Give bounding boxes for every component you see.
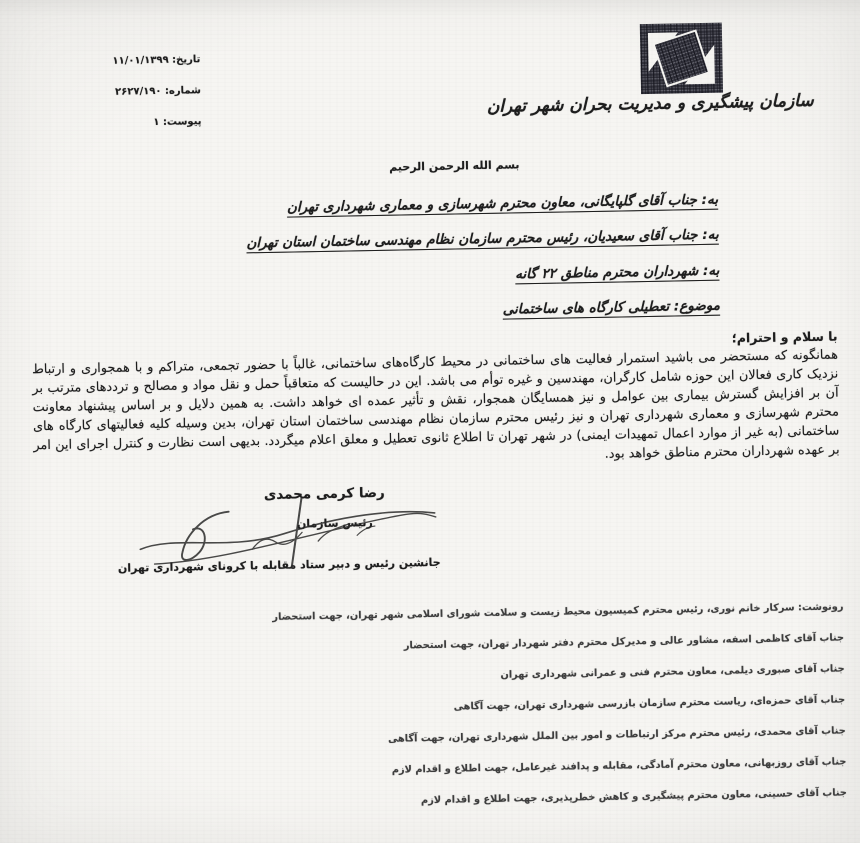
cc-item: جناب آقای حسینی، معاون محترم پیشگیری و ک… [276, 786, 847, 809]
letter-number: شماره: ۲۶۲۷/۱۹۰ [79, 85, 202, 118]
letter-content: تاریخ: ۱۱/۰۱/۱۳۹۹ شماره: ۲۶۲۷/۱۹۰ پیوست:… [0, 0, 860, 843]
org-logo-icon [638, 21, 725, 97]
org-name: سازمان پیشگیری و مدیریت بحران شهر تهران [464, 91, 836, 118]
recipient-line-2: به: جناب آقای سعیدیان، رئیس محترم سازمان… [246, 227, 719, 252]
recipient-line-1: به: جناب آقای گلپایگانی، معاون محترم شهر… [287, 192, 718, 216]
cc-item: جناب آقای صبوری دیلمی، معاون محترم فنی و… [273, 662, 844, 685]
cc-item: جناب آقای روزبهانی، معاون محترم آمادگی، … [275, 755, 846, 778]
letter-date: تاریخ: ۱۱/۰۱/۱۳۹۹ [78, 54, 201, 87]
letterhead-meta: تاریخ: ۱۱/۰۱/۱۳۹۹ شماره: ۲۶۲۷/۱۹۰ پیوست:… [78, 54, 202, 149]
recipient-line-3: به: شهرداران محترم مناطق ۲۲ گانه [515, 263, 719, 283]
subject-line: موضوع: تعطیلی کارگاه های ساختمانی [503, 298, 721, 318]
handwritten-signature-icon [131, 490, 447, 576]
letter-body: با سلام و احترام؛ همانگونه که مستحضر می … [32, 329, 840, 475]
cc-item: جناب آقای حمزه‌ای، ریاست محترم سازمان با… [274, 693, 845, 716]
letter-attachment: پیوست: ۱ [79, 116, 202, 149]
cc-item: جناب آقای محمدی، رئیس محترم مرکز ارتباطا… [275, 724, 846, 747]
scanned-letter-page: تاریخ: ۱۱/۰۱/۱۳۹۹ شماره: ۲۶۲۷/۱۹۰ پیوست:… [0, 0, 860, 843]
cc-item: جناب آقای کاظمی اسفه، مشاور عالی و مدیرک… [273, 631, 844, 654]
body-paragraph: همانگونه که مستحضر می باشید استمرار فعال… [32, 346, 840, 475]
bismillah: بسم الله الرحمن الرحیم [388, 158, 520, 173]
cc-list: رونوشت: سرکار خانم نوری، رئیس محترم کمیس… [272, 600, 847, 827]
cc-item: رونوشت: سرکار خانم نوری، رئیس محترم کمیس… [272, 600, 843, 623]
